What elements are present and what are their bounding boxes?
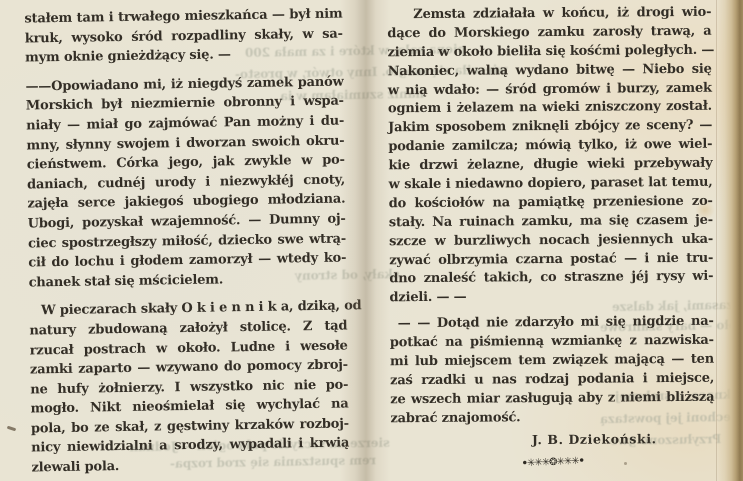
text-line: kie drzwi żelazne, długie wieki przebywa… (388, 155, 712, 176)
ink-speck (624, 462, 627, 465)
text-line: chanek stał się mścicielem. (28, 268, 346, 293)
text-line: ogniem i żelazem na wieki zniszczony zos… (388, 98, 712, 119)
text-line: w skale i niedawno dopiero, paraset lat … (389, 174, 713, 195)
text-line: potkać na piśmienną wzmiankę z nazwiska- (390, 332, 714, 353)
text-line: w nią wdało: — śród gromów i burzy, zame… (388, 79, 712, 100)
book-scan: piona sala, w które i za mała 200wiercił… (0, 0, 743, 481)
text-line: zywać olbrzymia czarna postać — i nie tr… (389, 249, 713, 270)
text-line: mym oknie gnieżdżący się. — (25, 44, 343, 69)
text-line: — — Dotąd nie zdarzyło mi się nigdzie na… (390, 313, 714, 334)
text-line: zlewali pola. (31, 454, 349, 479)
right-page: Zemsta zdziałała w końcu, iż drogi wio-d… (387, 4, 715, 469)
ink-speck (7, 426, 16, 432)
text-line: dno znaleść takich, co straszne jéj rysy… (389, 268, 713, 289)
text-line: mi lub miejscem tem związek mającą — ten (390, 351, 714, 372)
text-line: zaś rzadki u nas rodzaj podania i miejsc… (390, 370, 714, 391)
right-page-text: Zemsta zdziałała w końcu, iż drogi wio-d… (387, 4, 714, 429)
text-line: Jakim sposobem zniknęli zbójcy ze sceny?… (388, 117, 712, 138)
book-page-edge (717, 0, 743, 481)
text-line: podanie zamilcza; mówią tylko, iż owe wi… (388, 136, 712, 157)
paragraph: stałem tam i trwałego mieszkańca — był n… (24, 5, 343, 69)
text-line: ziemia w około bieliła się kośćmi poległ… (387, 42, 711, 63)
text-line: stały. Na ruinach zamku, ma się czasem j… (389, 212, 713, 233)
text-line: Zemsta zdziałała w końcu, iż drogi wio- (387, 4, 711, 25)
left-page: stałem tam i trwałego mieszkańca — był n… (24, 5, 349, 479)
paragraph: — — Dotąd nie zdarzyło mi się nigdzie na… (390, 313, 715, 429)
section-divider-ornament: •✳✳✳❂✳✳✳• (391, 450, 715, 475)
text-line: szcze w burzliwych nocach jesiennych uka… (389, 230, 713, 251)
text-line: zabrać znajomość. (390, 407, 714, 428)
paragraph: ——Opowiadano mi, iż niegdyś zamek panówM… (25, 72, 346, 292)
paragraph: Zemsta zdziałała w końcu, iż drogi wio-d… (387, 4, 713, 309)
author-signature: J. B. Dziekoński. (391, 429, 715, 450)
text-line: ze wszech miar zasługują aby z niemi bli… (390, 389, 714, 410)
text-line: do kościołów na pamiątkę przeniesione zo… (389, 193, 713, 214)
text-line: dące do Morskiego zamku zarosły trawą, a (387, 23, 711, 44)
text-line: dzieli. — — (389, 287, 713, 308)
text-line: Nakoniec, walną wydano bitwę — Niebo się (388, 60, 712, 81)
paragraph: W pieczarach skały O k i e n n i k a, dz… (29, 297, 350, 478)
book-gutter-shadow (340, 0, 390, 481)
